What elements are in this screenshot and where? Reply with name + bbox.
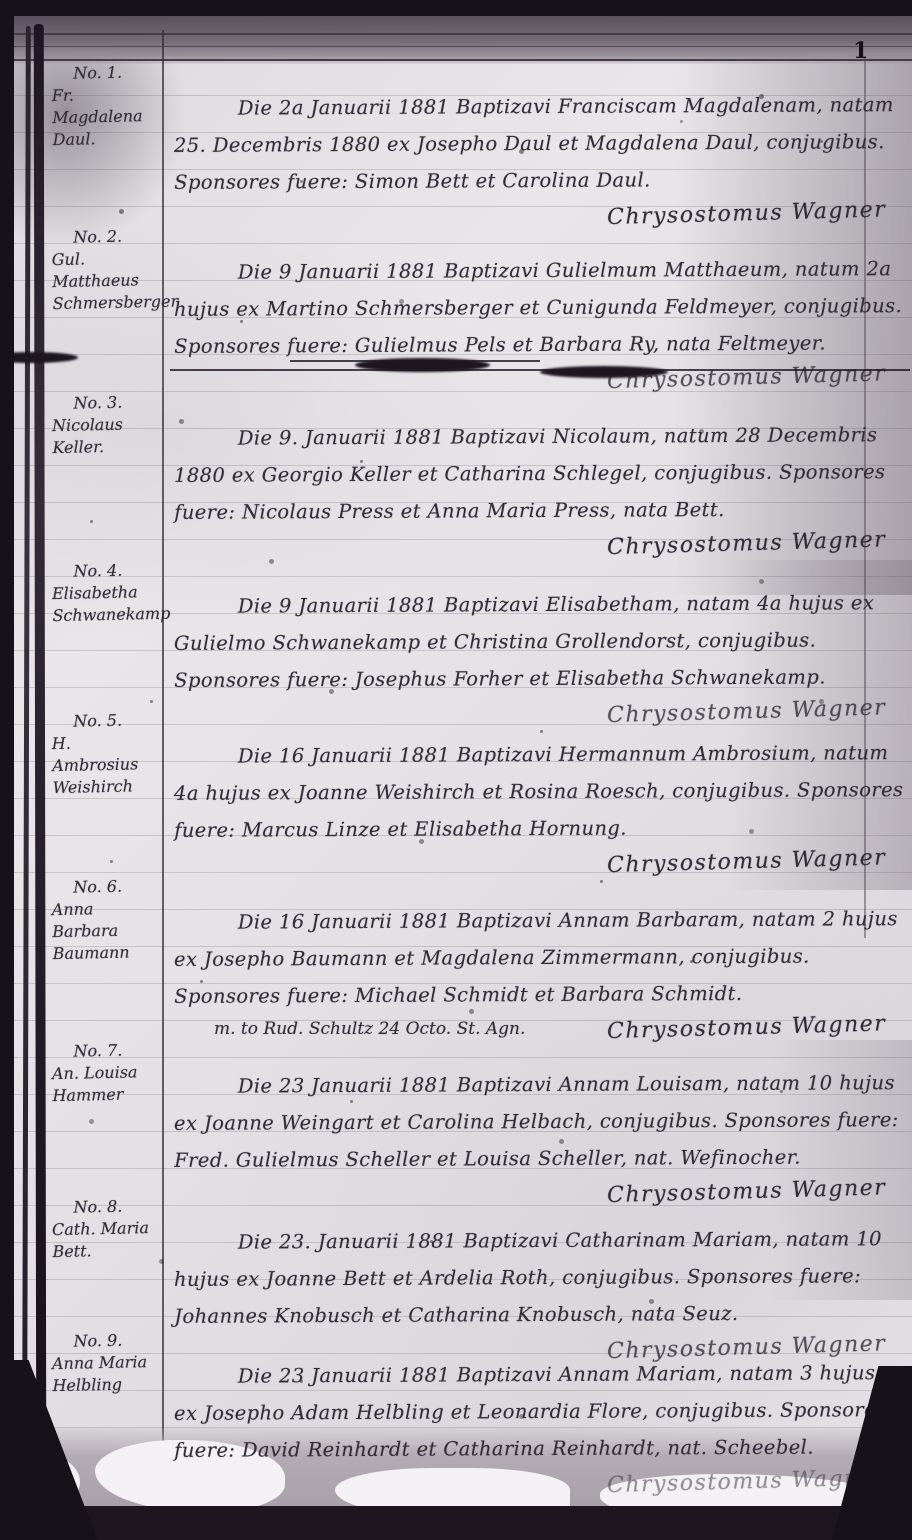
header-rule-line bbox=[14, 33, 912, 35]
entry-body-text: Die 23 Januarii 1881 Baptizavi Annam Lou… bbox=[174, 1064, 905, 1179]
scan-shadow-top bbox=[0, 14, 912, 64]
baptismal-register-scan: 1 No. 1. Fr. Magdalena Daul. Die 2a Janu… bbox=[0, 0, 912, 1540]
margin-column-divider bbox=[162, 30, 164, 1460]
entry-body-text: Die 9. Januarii 1881 Baptizavi Nicolaum,… bbox=[174, 416, 905, 531]
entry-margin-name: An. Louisa Hammer bbox=[52, 1061, 161, 1107]
entry-number: No. 8. bbox=[51, 1195, 159, 1219]
entry-signature: Chrysostomus Wagner bbox=[606, 361, 904, 394]
entry-margin-name: Nicolaus Keller. bbox=[52, 413, 161, 459]
scan-border-left bbox=[0, 0, 14, 1540]
entry-signature: Chrysostomus Wagner bbox=[606, 845, 904, 878]
header-rule-line bbox=[14, 46, 912, 47]
entry-body-text: Die 23. Januarii 1881 Baptizavi Catharin… bbox=[174, 1220, 905, 1335]
entry-number: No. 1. bbox=[51, 61, 159, 85]
page-number: 1 bbox=[853, 38, 868, 64]
entry-marriage-note: m. to Rud. Schultz 24 Octo. St. Agn. bbox=[174, 1019, 525, 1039]
entry-number: No. 6. bbox=[51, 875, 159, 899]
entry-margin-name: Fr. Magdalena Daul. bbox=[52, 83, 161, 151]
strike-through-line bbox=[290, 360, 540, 362]
entry-number: No. 7. bbox=[51, 1039, 159, 1063]
scan-border-bottom bbox=[0, 1506, 912, 1540]
entry-number: No. 9. bbox=[51, 1329, 159, 1353]
entry-margin-name: Cath. Maria Bett. bbox=[52, 1217, 161, 1263]
entry-margin-name: Elisabetha Schwanekamp bbox=[52, 581, 161, 627]
entry-body-text: Die 9 Januarii 1881 Baptizavi Elisabetha… bbox=[174, 584, 905, 699]
scan-border-top bbox=[0, 0, 912, 16]
entry-body-text: Die 16 Januarii 1881 Baptizavi Hermannum… bbox=[174, 734, 905, 849]
entry-margin-name: Anna Maria Helbling bbox=[52, 1351, 161, 1397]
entry-number: No. 2. bbox=[51, 225, 159, 249]
ink-smudge bbox=[540, 366, 668, 378]
entry-body-text: Die 2a Januarii 1881 Baptizavi Francisca… bbox=[174, 86, 905, 201]
strike-through-line bbox=[170, 369, 910, 371]
entry-margin-name: H. Ambrosius Weishirch bbox=[52, 731, 161, 799]
entry-body-text: Die 16 Januarii 1881 Baptizavi Annam Bar… bbox=[174, 900, 905, 1015]
entry-number: No. 5. bbox=[51, 709, 159, 733]
entry-margin-name: Gul. Matthaeus Schmersberger bbox=[52, 247, 161, 315]
entry-body-text: Die 9 Januarii 1881 Baptizavi Gulielmum … bbox=[174, 250, 905, 365]
entry-signature: Chrysostomus Wagner bbox=[606, 527, 904, 560]
entry-body-text: Die 23 Januarii 1881 Baptizavi Annam Mar… bbox=[174, 1354, 905, 1469]
entry-number: No. 3. bbox=[51, 391, 159, 415]
entry-number: No. 4. bbox=[51, 559, 159, 583]
entry-margin-name: Anna Barbara Baumann bbox=[52, 897, 161, 965]
